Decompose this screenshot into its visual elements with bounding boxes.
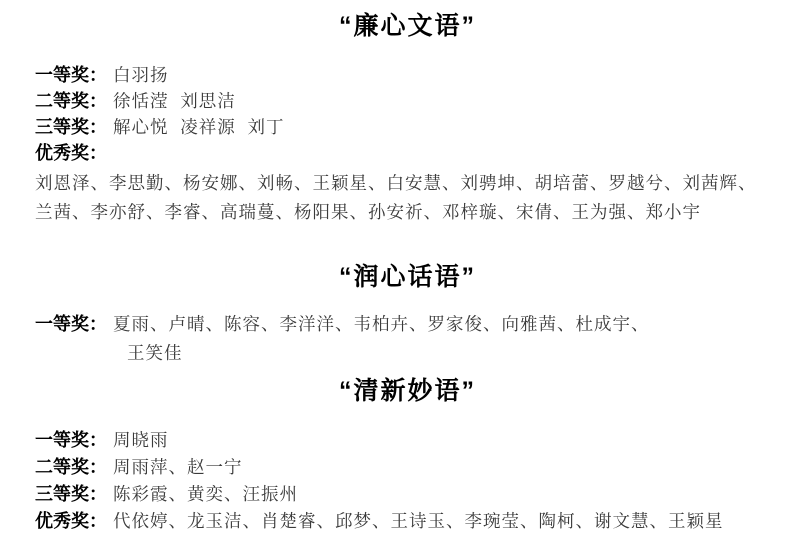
- award-tier-row: 一等奖：白羽扬: [35, 62, 780, 88]
- winner-names: 陈彩霞、黄奕、汪振州: [113, 481, 298, 508]
- merit-names-paragraph: 刘恩泽、李思勤、杨安娜、刘畅、王颖星、白安慧、刘骋坤、胡培蕾、罗越兮、刘茜辉、兰…: [35, 169, 780, 227]
- tier-label: 三等奖：: [35, 481, 113, 508]
- award-tier-row: 一等奖：周晓雨: [35, 427, 780, 454]
- award-list-document: “廉心文语”一等奖：白羽扬二等奖：徐恬滢 刘思洁三等奖：解心悦 凌祥源 刘丁优秀…: [0, 0, 810, 540]
- award-section-1: “廉心文语”一等奖：白羽扬二等奖：徐恬滢 刘思洁三等奖：解心悦 凌祥源 刘丁优秀…: [35, 10, 780, 227]
- section-title: “清新妙语”: [35, 375, 780, 407]
- winner-names: 解心悦 凌祥源 刘丁: [113, 114, 284, 140]
- award-tier-row: 三等奖：陈彩霞、黄奕、汪振州: [35, 481, 780, 508]
- award-tier-row: 优秀奖：代依婷、龙玉洁、肖楚睿、邱梦、王诗玉、李琬莹、陶柯、谢文慧、王颖星: [35, 508, 780, 535]
- award-tier-row: 一等奖：夏雨、卢晴、陈容、李洋洋、韦柏卉、罗家俊、向雅茜、杜成宇、: [35, 309, 780, 339]
- tier-label: 一等奖：: [35, 62, 113, 88]
- winner-names: 代依婷、龙玉洁、肖楚睿、邱梦、王诗玉、李琬莹、陶柯、谢文慧、王颖星: [113, 508, 724, 535]
- tier-label: 二等奖：: [35, 88, 113, 114]
- winner-names: 周雨萍、赵一宁: [113, 454, 243, 481]
- tier-label: 一等奖：: [35, 309, 113, 339]
- winner-names: 白羽扬: [113, 62, 169, 88]
- award-tier-row: 二等奖：徐恬滢 刘思洁: [35, 88, 780, 114]
- tier-label: 优秀奖：: [35, 140, 113, 166]
- tier-label: 二等奖：: [35, 454, 113, 481]
- winner-names: 徐恬滢 刘思洁: [113, 88, 236, 114]
- winner-names: 周晓雨: [113, 427, 169, 454]
- merit-names-line: 刘恩泽、李思勤、杨安娜、刘畅、王颖星、白安慧、刘骋坤、胡培蕾、罗越兮、刘茜辉、: [35, 169, 780, 198]
- winner-names-continued: 王笑佳: [127, 339, 780, 367]
- award-section-3: “清新妙语”一等奖：周晓雨二等奖：周雨萍、赵一宁三等奖：陈彩霞、黄奕、汪振州优秀…: [35, 375, 780, 535]
- section-title: “廉心文语”: [35, 10, 780, 42]
- section-title: “润心话语”: [35, 261, 780, 293]
- tier-label: 一等奖：: [35, 427, 113, 454]
- tier-label: 优秀奖：: [35, 508, 113, 535]
- tier-label: 三等奖：: [35, 114, 113, 140]
- award-section-2: “润心话语”一等奖：夏雨、卢晴、陈容、李洋洋、韦柏卉、罗家俊、向雅茜、杜成宇、王…: [35, 261, 780, 367]
- merit-names-line: 兰茜、李亦舒、李睿、高瑞蔓、杨阳果、孙安祈、邓梓璇、宋倩、王为强、郑小宇: [35, 198, 780, 227]
- winner-names: 夏雨、卢晴、陈容、李洋洋、韦柏卉、罗家俊、向雅茜、杜成宇、: [113, 309, 650, 339]
- award-tier-row: 二等奖：周雨萍、赵一宁: [35, 454, 780, 481]
- award-tier-row: 三等奖：解心悦 凌祥源 刘丁: [35, 114, 780, 140]
- award-tier-row: 优秀奖：: [35, 140, 780, 166]
